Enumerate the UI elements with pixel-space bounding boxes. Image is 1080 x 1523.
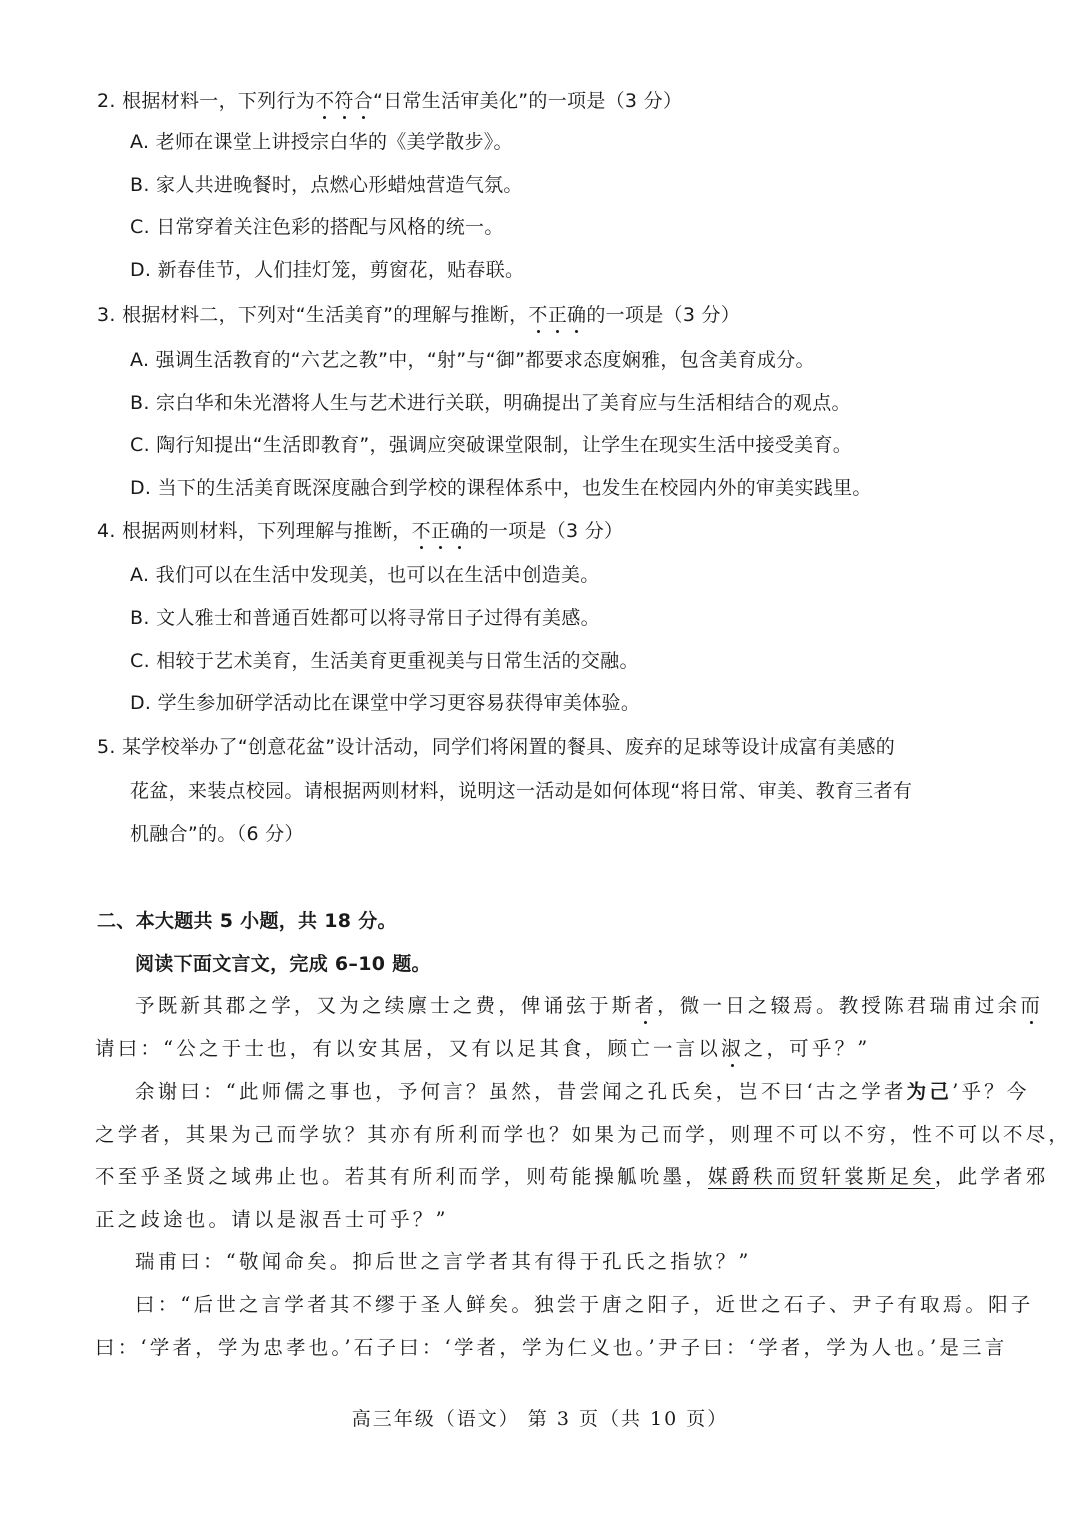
passage-line: 曰：‘学者，学为忠孝也。’石子曰：‘学者，学为仁义也。’尹子曰：‘学者，学为人也… — [95, 1333, 1007, 1363]
passage-text: 之，可乎？” — [744, 1037, 871, 1060]
emphasis-dot-char: 不 — [528, 300, 547, 330]
passage-text: 瑞甫曰：“敬闻命矣。抑后世之言学者其有得于孔氏之指欤？” — [135, 1250, 752, 1273]
emphasis-dot-char: 者 — [634, 991, 657, 1021]
section-2-instructions: 阅读下面文言文，完成 6–10 题。 — [135, 949, 431, 979]
question-2-option-d: D. 新春佳节，人们挂灯笼，剪窗花，贴春联。 — [130, 255, 524, 285]
passage-line: 余谢曰：“此师儒之事也，予何言？虽然，昔尝闻之孔氏矣，岂不曰‘古之学者为己’乎？… — [135, 1077, 1030, 1107]
emphasis-dot-char: 而 — [1020, 991, 1043, 1021]
passage-line: 不至乎圣贤之域弗止也。若其有所利而学，则苟能操觚吮墨，媒爵秩而贸轩裳斯足矣，此学… — [95, 1162, 1048, 1192]
question-3-option-b: B. 宗白华和朱光潜将人生与艺术进行关联，明确提出了美育应与生活相结合的观点。 — [130, 388, 851, 418]
question-4-option-d: D. 学生参加研学活动比在课堂中学习更容易获得审美体验。 — [130, 688, 640, 718]
section-2-title: 二、本大题共 5 小题，共 18 分。 — [97, 906, 397, 936]
question-2-option-b: B. 家人共进晚餐时，点燃心形蜡烛营造气氛。 — [130, 170, 523, 200]
passage-text: 曰：‘学者，学为忠孝也。’石子曰：‘学者，学为仁义也。’尹子曰：‘学者，学为人也… — [95, 1336, 1007, 1359]
question-2-option-c: C. 日常穿着关注色彩的搭配与风格的统一。 — [130, 212, 504, 242]
question-2-option-a: A. 老师在课堂上讲授宗白华的《美学散步》。 — [130, 127, 513, 157]
emphasis-dot-char: 不 — [315, 86, 334, 116]
question-4-option-a: A. 我们可以在生活中发现美，也可以在生活中创造美。 — [130, 560, 600, 590]
question-number: 2. — [97, 90, 116, 112]
passage-text: 之学者，其果为己而学欤？其亦有所利而学也？如果为己而学，则理不可以不穷，性不可以… — [95, 1123, 1071, 1146]
passage-line: 瑞甫曰：“敬闻命矣。抑后世之言学者其有得于孔氏之指欤？” — [135, 1247, 752, 1277]
passage-text: 曰：“后世之言学者其不缪于圣人鲜矣。独尝于唐之阳子，近世之石子、尹子有取焉。阳子 — [135, 1293, 1033, 1316]
question-number: 5. — [97, 736, 116, 758]
passage-line: 曰：“后世之言学者其不缪于圣人鲜矣。独尝于唐之阳子，近世之石子、尹子有取焉。阳子 — [135, 1290, 1033, 1320]
passage-text: 请曰：“公之于士也，有以安其居，又有以足其食，顾亡一言以 — [95, 1037, 721, 1060]
page-footer: 高三年级（语文） 第 3 页（共 10 页） — [0, 1404, 1080, 1431]
passage-text: 不至乎圣贤之域弗止也。若其有所利而学，则苟能操觚吮墨， — [95, 1165, 708, 1188]
emphasis-dot-char: 合 — [354, 86, 373, 116]
emphasis-dot-char: 确 — [567, 300, 586, 330]
passage-text: ，微一日之辍焉。教授陈君瑞甫过余 — [657, 994, 1020, 1017]
question-3-option-a: A. 强调生活教育的“六艺之教”中，“射”与“御”都要求态度娴雅，包含美育成分。 — [130, 345, 815, 375]
passage-text: ’乎？今 — [952, 1080, 1030, 1103]
question-3-stem: 3. 根据材料二，下列对“生活美育”的理解与推断，不正确的一项是（3 分） — [97, 300, 740, 330]
passage-line: 正之歧途也。请以是淑吾士可乎？” — [95, 1205, 449, 1235]
question-3-option-d: D. 当下的生活美育既深度融合到学校的课程体系中，也发生在校园内外的审美实践里。 — [130, 473, 872, 503]
passage-text: 予既新其郡之学，又为之续廪士之费，俾诵弦于斯 — [135, 994, 634, 1017]
emphasis-dot-char: 淑 — [721, 1034, 744, 1064]
passage-text: ，此学者邪 — [935, 1165, 1049, 1188]
question-5-stem-line-3: 机融合”的。（6 分） — [130, 819, 304, 849]
passage-text: 正之歧途也。请以是淑吾士可乎？” — [95, 1208, 449, 1231]
underlined-sentence: 媒爵秩而贸轩裳斯足矣 — [708, 1165, 935, 1188]
exam-page: 2. 根据材料一，下列行为不符合“日常生活审美化”的一项是（3 分） A. 老师… — [0, 0, 1080, 1523]
question-4-option-c: C. 相较于艺术美育，生活美育更重视美与日常生活的交融。 — [130, 646, 639, 676]
emphasis-dot-char: 符 — [334, 86, 353, 116]
passage-line: 予既新其郡之学，又为之续廪士之费，俾诵弦于斯者，微一日之辍焉。教授陈君瑞甫过余而 — [135, 991, 1043, 1021]
question-2-stem: 2. 根据材料一，下列行为不符合“日常生活审美化”的一项是（3 分） — [97, 86, 682, 116]
question-number: 4. — [97, 520, 116, 542]
question-5-stem-line-1: 5. 某学校举办了“创意花盆”设计活动，同学们将闲置的餐具、废弃的足球等设计成富… — [97, 732, 895, 762]
question-5-stem-line-2: 花盆，来装点校园。请根据两则材料，说明这一活动是如何体现“将日常、审美、教育三者… — [130, 776, 912, 806]
emphasis-dot-char: 正 — [431, 516, 450, 546]
question-4-stem: 4. 根据两则材料，下列理解与推断，不正确的一项是（3 分） — [97, 516, 623, 546]
question-3-option-c: C. 陶行知提出“生活即教育”，强调应突破课堂限制，让学生在现实生活中接受美育。 — [130, 430, 852, 460]
passage-line: 之学者，其果为己而学欤？其亦有所利而学也？如果为己而学，则理不可以不穷，性不可以… — [95, 1120, 1071, 1150]
emphasized-keyword: 不正确 — [412, 520, 470, 542]
passage-line: 请曰：“公之于士也，有以安其居，又有以足其食，顾亡一言以淑之，可乎？” — [95, 1034, 870, 1064]
emphasized-keyword: 不正确 — [528, 304, 586, 326]
bold-keyword: 为己 — [907, 1080, 952, 1103]
emphasis-dot-char: 不 — [412, 516, 431, 546]
question-4-option-b: B. 文人雅士和普通百姓都可以将寻常日子过得有美感。 — [130, 603, 600, 633]
passage-text: 余谢曰：“此师儒之事也，予何言？虽然，昔尝闻之孔氏矣，岂不曰‘古之学者 — [135, 1080, 907, 1103]
question-number: 3. — [97, 304, 116, 326]
emphasized-keyword: 不符合 — [315, 90, 373, 112]
emphasis-dot-char: 确 — [450, 516, 469, 546]
emphasis-dot-char: 正 — [548, 300, 567, 330]
